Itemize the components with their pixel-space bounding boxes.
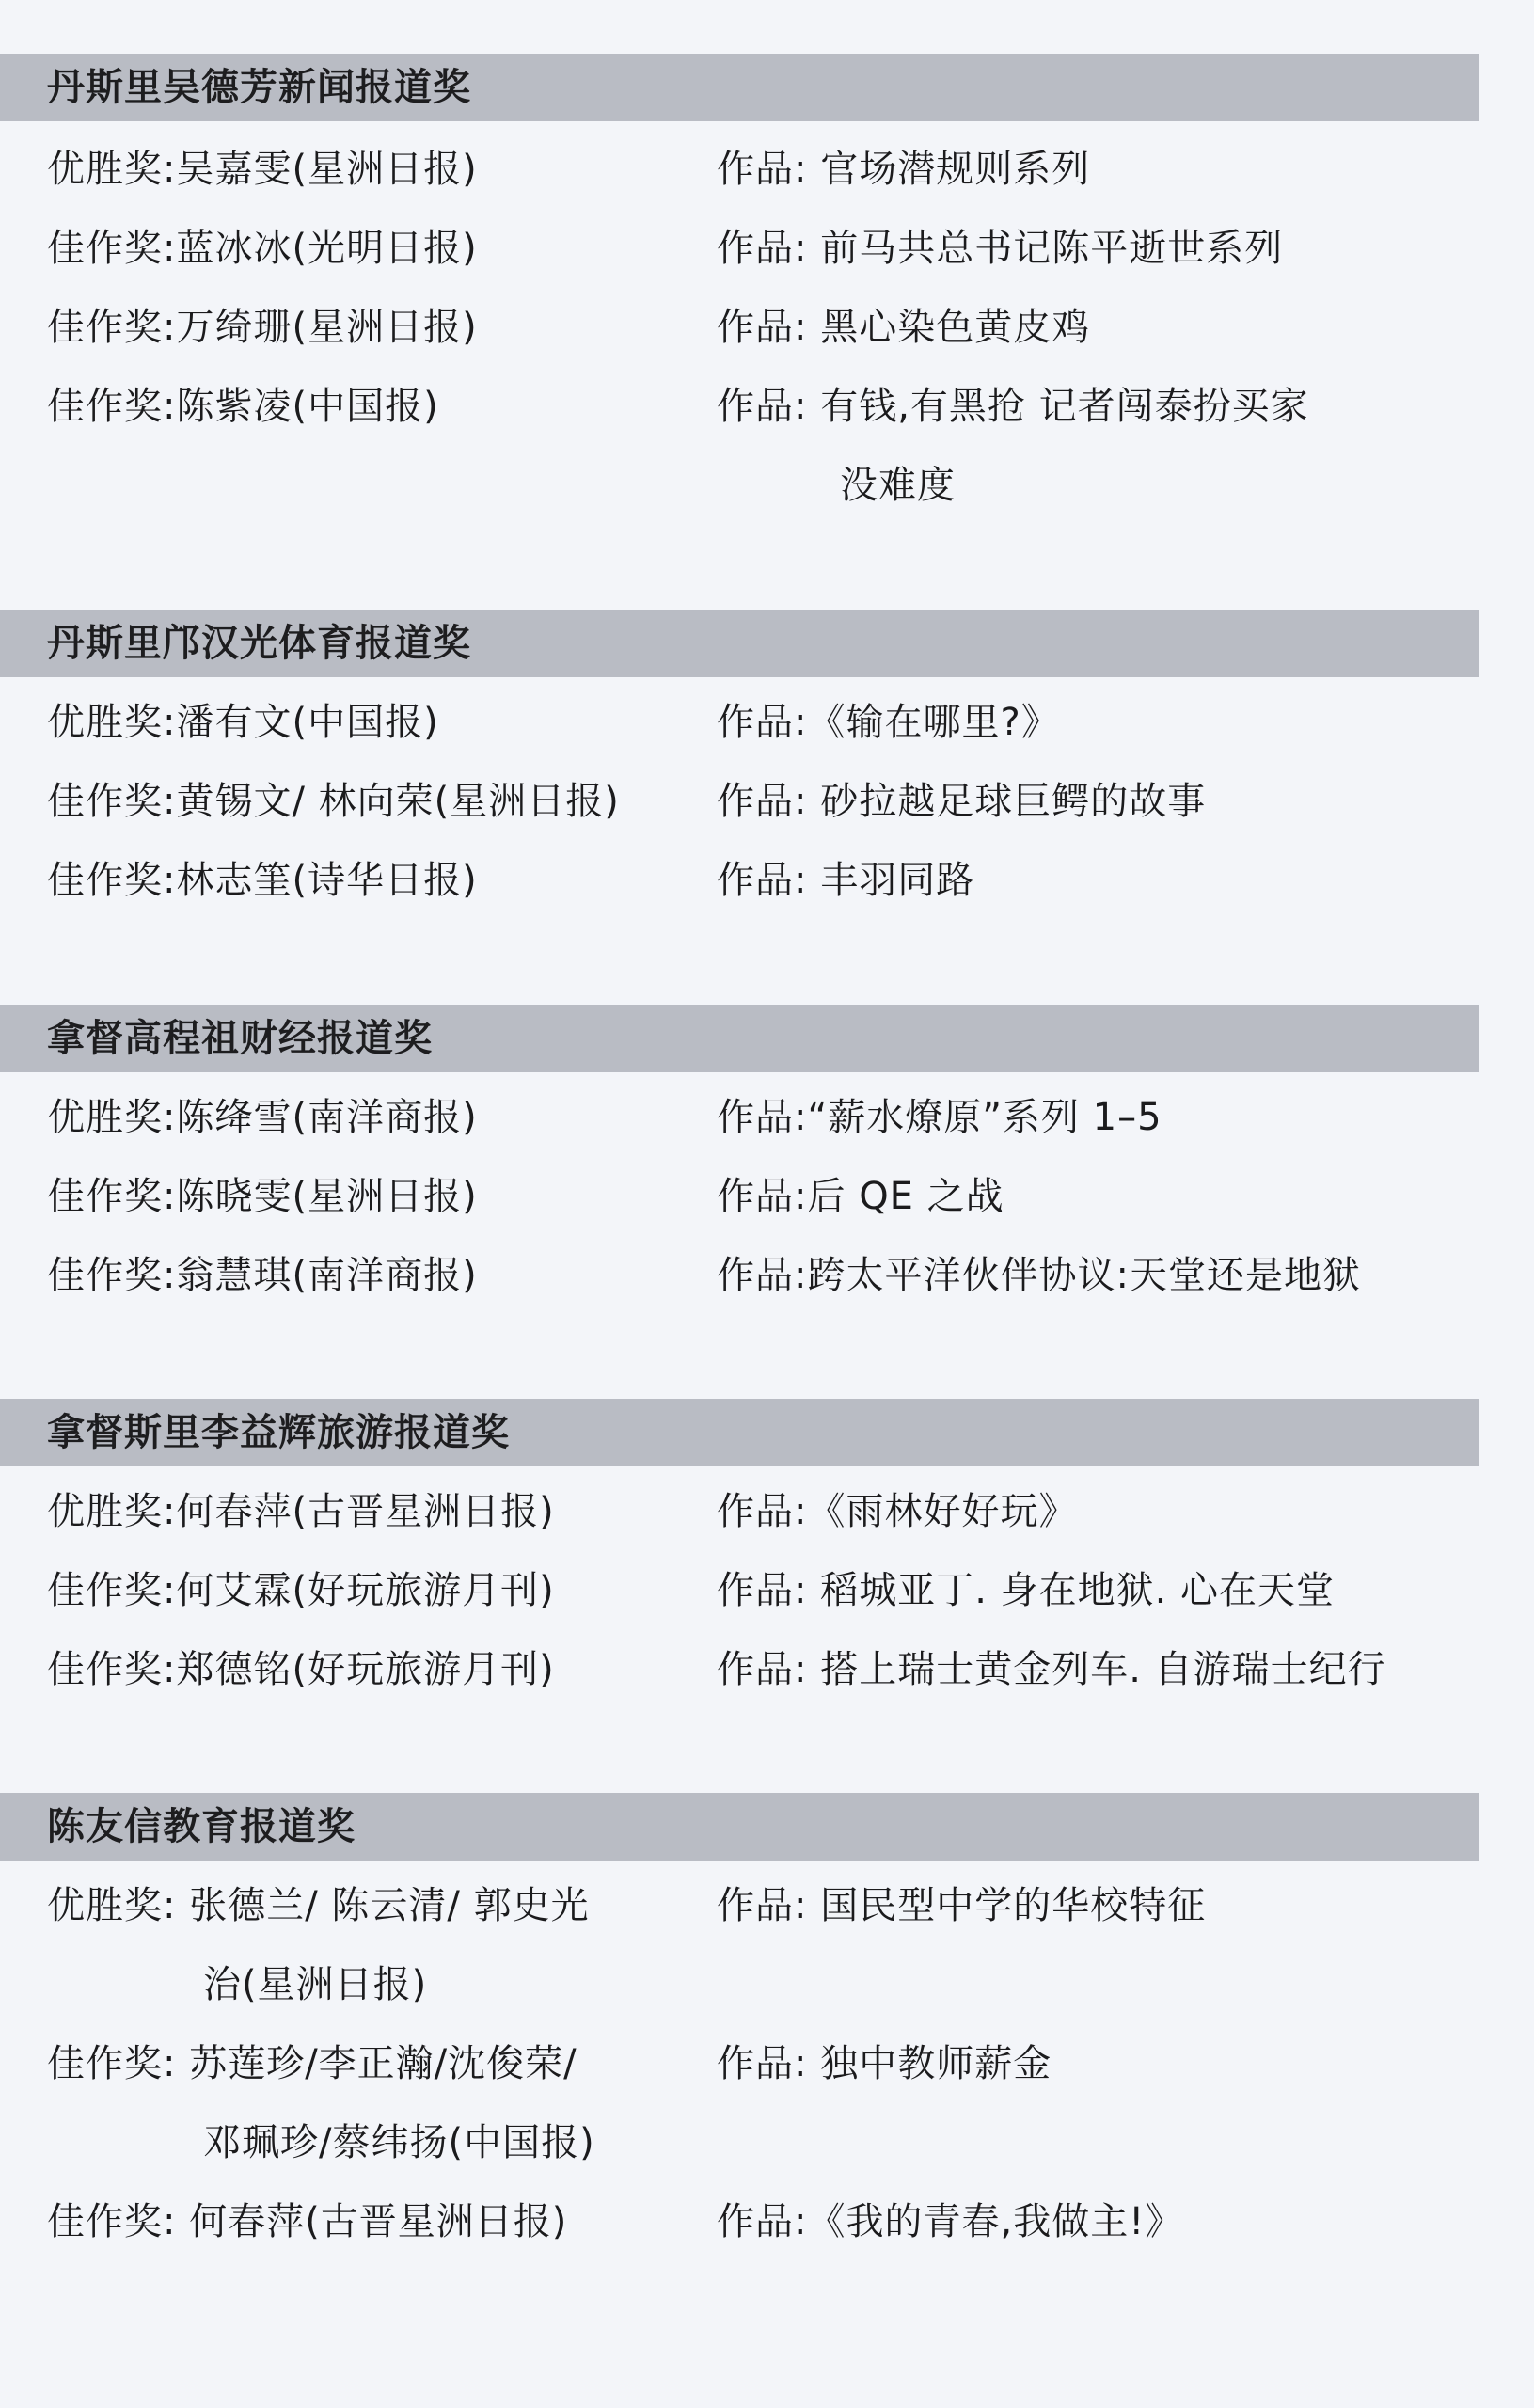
work-text: 作品:后 QE 之战 bbox=[717, 1172, 1004, 1221]
winner-text: 佳作奖: 何春萍(古晋星洲日报) bbox=[47, 2197, 567, 2246]
winner-text: 佳作奖:翁慧琪(南洋商报) bbox=[47, 1251, 478, 1300]
section-header-band: 丹斯里吴德芳新闻报道奖 bbox=[0, 54, 1479, 121]
winner-text: 佳作奖:林志筀(诗华日报) bbox=[47, 856, 478, 905]
award-row: 佳作奖:何艾霖(好玩旅游月刊) 作品: 稻城亚丁. 身在地狱. 心在天堂 bbox=[0, 1566, 1534, 1623]
winner-text: 佳作奖:郑德铭(好玩旅游月刊) bbox=[47, 1645, 555, 1694]
winner-text: 优胜奖:陈绛雪(南洋商报) bbox=[47, 1093, 478, 1142]
work-text: 作品: 独中教师薪金 bbox=[717, 2039, 1052, 2088]
section-header-band: 丹斯里邝汉光体育报道奖 bbox=[0, 610, 1479, 677]
winner-text: 佳作奖:万绮珊(星洲日报) bbox=[47, 303, 478, 352]
work-text: 作品:跨太平洋伙伴协议:天堂还是地狱 bbox=[717, 1251, 1361, 1300]
award-row: 佳作奖:黄锡文/ 林向荣(星洲日报) 作品: 砂拉越足球巨鳄的故事 bbox=[0, 777, 1534, 833]
award-row-continuation: 邓珮珍/蔡纬扬(中国报) bbox=[0, 2118, 1534, 2175]
work-text: 作品: 稻城亚丁. 身在地狱. 心在天堂 bbox=[717, 1566, 1335, 1615]
work-text: 作品: 砂拉越足球巨鳄的故事 bbox=[717, 777, 1206, 826]
winner-text: 优胜奖:何春萍(古晋星洲日报) bbox=[47, 1487, 555, 1536]
winner-text: 佳作奖:陈晓雯(星洲日报) bbox=[47, 1172, 478, 1221]
section-title: 丹斯里邝汉光体育报道奖 bbox=[47, 621, 471, 666]
award-row: 佳作奖:陈紫凌(中国报) 作品: 有钱,有黑抢 记者闯泰扮买家 bbox=[0, 382, 1534, 438]
section-title: 丹斯里吴德芳新闻报道奖 bbox=[47, 65, 471, 110]
award-row: 佳作奖: 苏莲珍/李正瀚/沈俊荣/ 作品: 独中教师薪金 bbox=[0, 2039, 1534, 2096]
winner-text-continuation: 邓珮珍/蔡纬扬(中国报) bbox=[203, 2118, 595, 2167]
work-text: 作品: 官场潜规则系列 bbox=[717, 145, 1090, 194]
work-text: 作品:“薪水燎原”系列 1–5 bbox=[717, 1093, 1162, 1142]
section-title: 拿督斯里李益辉旅游报道奖 bbox=[47, 1410, 510, 1455]
work-text: 作品: 搭上瑞士黄金列车. 自游瑞士纪行 bbox=[717, 1645, 1386, 1694]
winner-text: 佳作奖:陈紫凌(中国报) bbox=[47, 382, 439, 431]
award-row: 佳作奖:陈晓雯(星洲日报) 作品:后 QE 之战 bbox=[0, 1172, 1534, 1228]
award-row: 佳作奖:蓝冰冰(光明日报) 作品: 前马共总书记陈平逝世系列 bbox=[0, 224, 1534, 280]
section-header-band: 陈友信教育报道奖 bbox=[0, 1793, 1479, 1861]
award-row-continuation: 治(星洲日报) bbox=[0, 1960, 1534, 2017]
section-header-band: 拿督斯里李益辉旅游报道奖 bbox=[0, 1399, 1479, 1466]
winner-text: 优胜奖:潘有文(中国报) bbox=[47, 698, 439, 747]
section-title: 拿督高程祖财经报道奖 bbox=[47, 1016, 433, 1061]
award-row: 优胜奖:潘有文(中国报) 作品:《输在哪里?》 bbox=[0, 698, 1534, 754]
work-text: 作品:《输在哪里?》 bbox=[717, 698, 1060, 747]
work-text-continuation: 没难度 bbox=[840, 461, 956, 510]
award-row: 佳作奖:翁慧琪(南洋商报) 作品:跨太平洋伙伴协议:天堂还是地狱 bbox=[0, 1251, 1534, 1307]
winner-text: 佳作奖:何艾霖(好玩旅游月刊) bbox=[47, 1566, 555, 1615]
winner-text: 佳作奖:蓝冰冰(光明日报) bbox=[47, 224, 478, 273]
winner-text: 优胜奖:吴嘉雯(星洲日报) bbox=[47, 145, 478, 194]
award-row: 佳作奖: 何春萍(古晋星洲日报) 作品:《我的青春,我做主!》 bbox=[0, 2197, 1534, 2254]
section-header-band: 拿督高程祖财经报道奖 bbox=[0, 1005, 1479, 1072]
section-title: 陈友信教育报道奖 bbox=[47, 1804, 356, 1849]
award-row: 优胜奖:何春萍(古晋星洲日报) 作品:《雨林好好玩》 bbox=[0, 1487, 1534, 1544]
award-row: 佳作奖:万绮珊(星洲日报) 作品: 黑心染色黄皮鸡 bbox=[0, 303, 1534, 359]
winner-text: 佳作奖: 苏莲珍/李正瀚/沈俊荣/ bbox=[47, 2039, 577, 2088]
work-text: 作品:《雨林好好玩》 bbox=[717, 1487, 1077, 1536]
work-text: 作品:《我的青春,我做主!》 bbox=[717, 2197, 1183, 2246]
work-text: 作品: 前马共总书记陈平逝世系列 bbox=[717, 224, 1283, 273]
award-row-continuation: 没难度 bbox=[0, 461, 1534, 517]
work-text: 作品: 黑心染色黄皮鸡 bbox=[717, 303, 1090, 352]
award-row: 佳作奖:林志筀(诗华日报) 作品: 丰羽同路 bbox=[0, 856, 1534, 912]
award-row: 佳作奖:郑德铭(好玩旅游月刊) 作品: 搭上瑞士黄金列车. 自游瑞士纪行 bbox=[0, 1645, 1534, 1702]
award-row: 优胜奖:陈绛雪(南洋商报) 作品:“薪水燎原”系列 1–5 bbox=[0, 1093, 1534, 1149]
award-row: 优胜奖:吴嘉雯(星洲日报) 作品: 官场潜规则系列 bbox=[0, 145, 1534, 201]
award-row: 优胜奖: 张德兰/ 陈云清/ 郭史光 作品: 国民型中学的华校特征 bbox=[0, 1881, 1534, 1938]
winner-text: 优胜奖: 张德兰/ 陈云清/ 郭史光 bbox=[47, 1881, 590, 1930]
winner-text: 佳作奖:黄锡文/ 林向荣(星洲日报) bbox=[47, 777, 620, 826]
work-text: 作品: 有钱,有黑抢 记者闯泰扮买家 bbox=[717, 382, 1309, 431]
work-text: 作品: 国民型中学的华校特征 bbox=[717, 1881, 1206, 1930]
work-text: 作品: 丰羽同路 bbox=[717, 856, 974, 905]
winner-text-continuation: 治(星洲日报) bbox=[203, 1960, 427, 2009]
